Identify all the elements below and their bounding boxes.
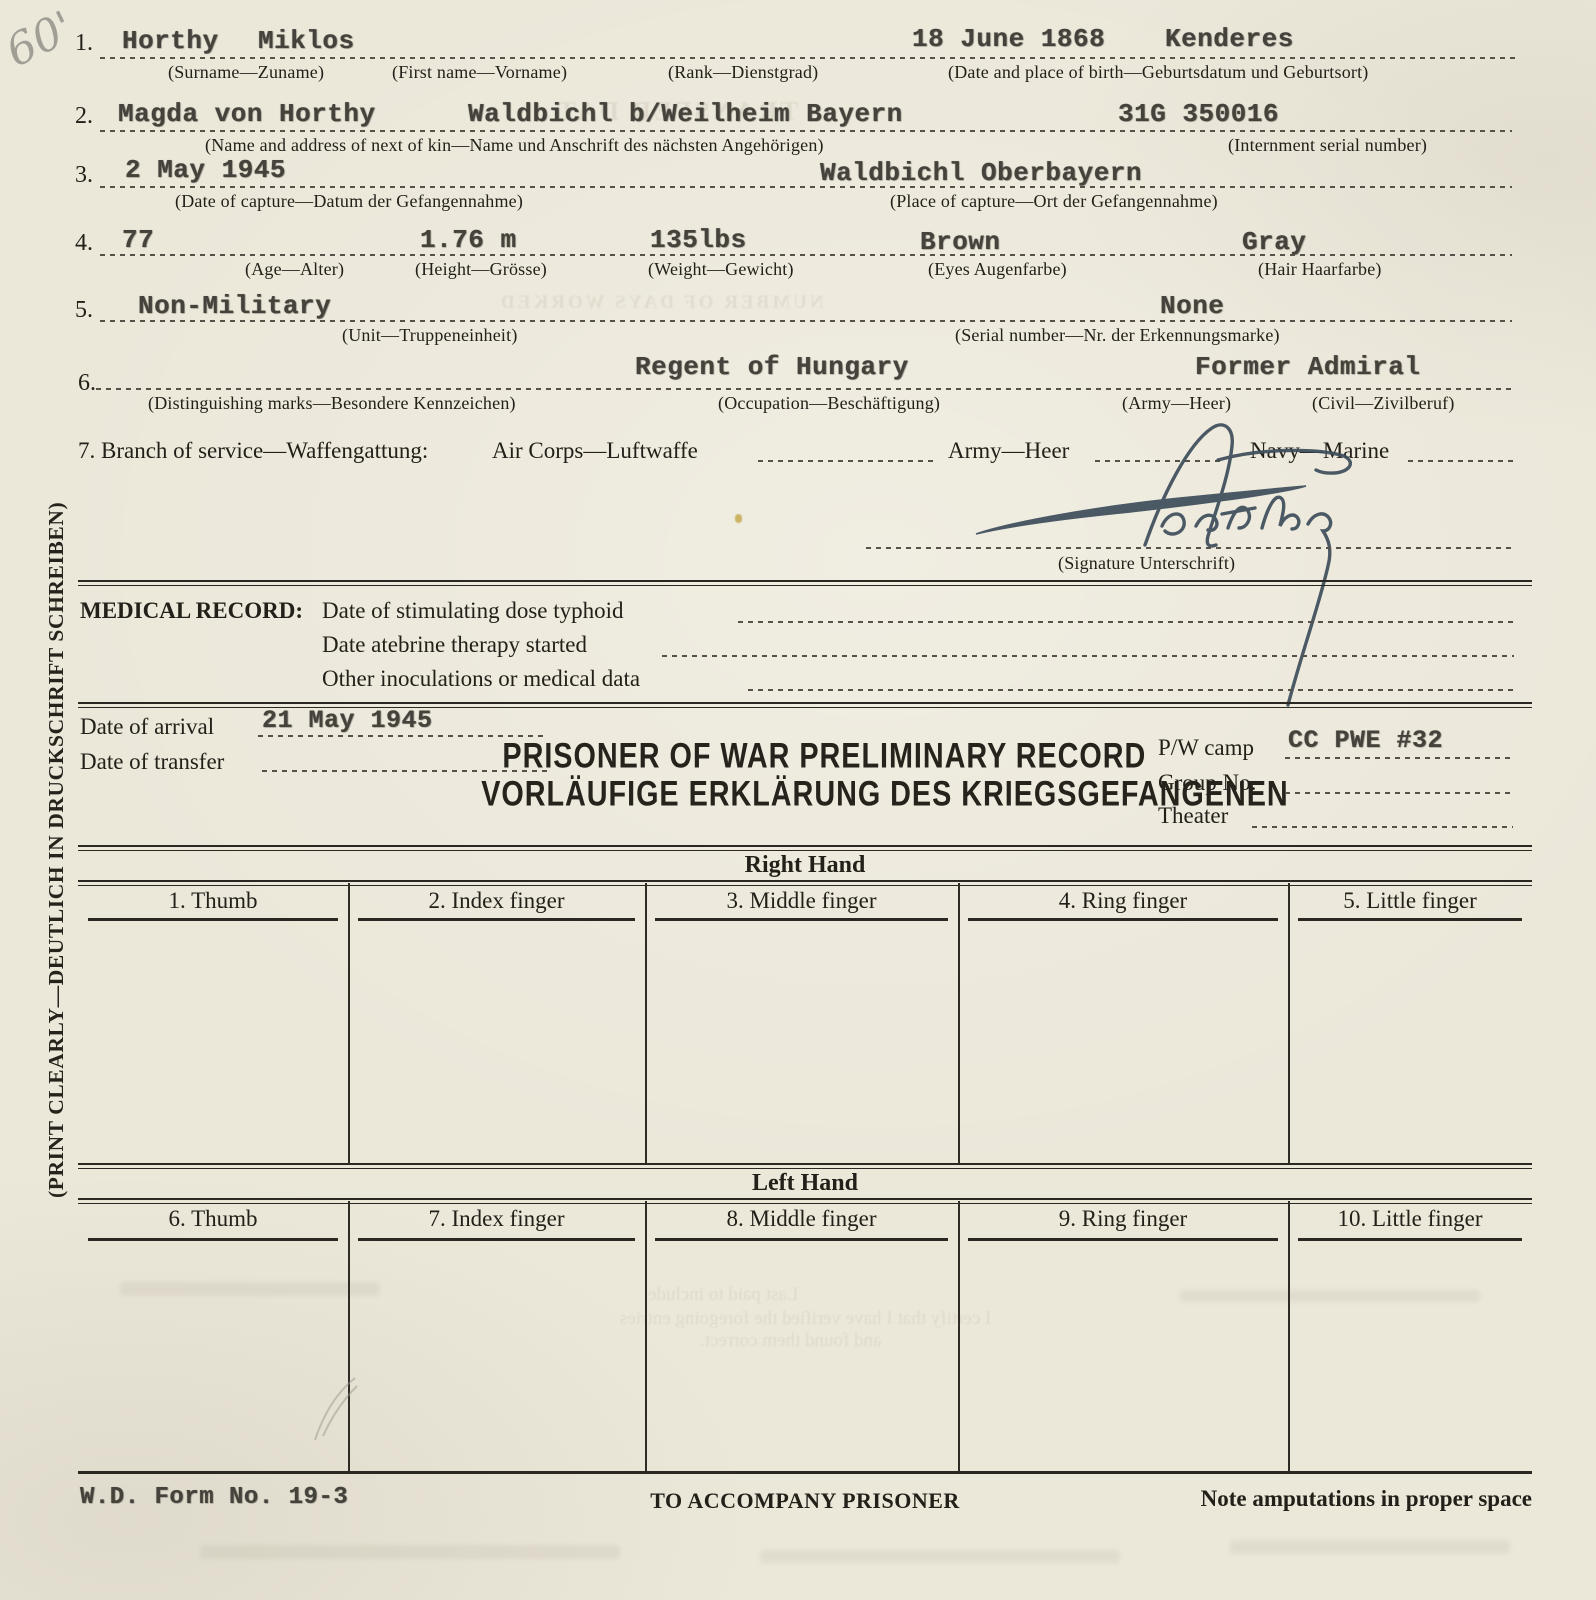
group-no-label: Group No. [1158, 770, 1256, 796]
col-underline [655, 1238, 948, 1241]
army-label: (Army—Heer) [1122, 393, 1231, 414]
branch-air-corps-label: Air Corps—Luftwaffe [492, 438, 698, 464]
col-divider [645, 1201, 647, 1471]
form-title-english: PRISONER OF WAR PRELIMINARY RECORD [502, 737, 1097, 777]
pencil-annotation: 60' [0, 2, 82, 78]
bleedthrough-text: I certify that I have verified the foreg… [620, 1308, 991, 1330]
birth-place-value: Kenderes [1165, 24, 1294, 54]
medical-row-rule [662, 655, 1514, 657]
form-title-german: VORLÄUFIGE ERKLÄRUNG DES KRIEGSGEFANGENE… [481, 775, 1115, 815]
note-amputations: Note amputations in proper space [1148, 1486, 1532, 1512]
eyes-value: Brown [920, 227, 1001, 257]
bleedthrough-smudge [760, 1550, 1120, 1563]
medical-row-rule [738, 621, 1514, 623]
bleedthrough-text: NUMBER OF DAYS WORKED [498, 292, 824, 314]
group-no-rule [1285, 792, 1513, 794]
surname-label: (Surname—Zuname) [168, 62, 324, 83]
theater-label: Theater [1158, 803, 1228, 829]
fingerprint-col-header: 1. Thumb [78, 888, 348, 914]
fingerprint-col-header: 3. Middle finger [645, 888, 958, 914]
id-tag-serial-value: None [1160, 291, 1224, 321]
col-divider [958, 883, 960, 1163]
fingerprint-col-header: 5. Little finger [1288, 888, 1532, 914]
civil-occupation-value: Former Admiral [1195, 352, 1420, 382]
medical-row-label: Other inoculations or medical data [322, 666, 640, 692]
capture-date-label: (Date of capture—Datum der Gefangennahme… [175, 191, 523, 212]
medical-record-heading: MEDICAL RECORD: [80, 598, 303, 624]
line4-rule [100, 254, 1512, 256]
air-corps-rule [758, 460, 936, 462]
pow-record-form: TRANSFER DAT NUMBER OF DAYS WORKED Last … [0, 0, 1596, 1600]
table-rule [78, 880, 1532, 886]
capture-date-value: 2 May 1945 [125, 155, 286, 185]
bleedthrough-smudge [200, 1545, 620, 1559]
unit-value: Non-Military [138, 291, 331, 321]
height-value: 1.76 m [420, 225, 517, 255]
table-rule [78, 1198, 1532, 1204]
next-of-kin-value: Magda von Horthy [118, 99, 376, 129]
line2-rule [100, 130, 1512, 132]
fingerprint-col-header: 7. Index finger [348, 1206, 645, 1232]
col-underline [88, 1238, 338, 1241]
signature-rule [866, 547, 1514, 549]
col-underline [1298, 1238, 1522, 1241]
date-of-arrival-label: Date of arrival [80, 714, 214, 740]
line5-rule [100, 320, 1512, 322]
branch-of-service-label: 7. Branch of service—Waffengattung: [78, 438, 428, 464]
ink-fleck [735, 514, 742, 523]
unit-label: (Unit—Truppeneinheit) [342, 325, 518, 346]
bleedthrough-smudge [1230, 1540, 1510, 1554]
line1-number: 1. [75, 30, 93, 57]
date-of-transfer-label: Date of transfer [80, 749, 224, 775]
birth-date-value: 18 June 1868 [912, 24, 1105, 54]
line5-number: 5. [75, 297, 93, 324]
fingerprint-col-header: 8. Middle finger [645, 1206, 958, 1232]
theater-rule [1252, 826, 1513, 828]
civil-label: (Civil—Zivilberuf) [1312, 393, 1455, 414]
bleedthrough-smudge [1180, 1290, 1480, 1302]
pw-camp-label: P/W camp [1158, 735, 1254, 761]
medical-row-label: Date atebrine therapy started [322, 632, 587, 658]
line1-rule [100, 57, 1518, 59]
table-rule [78, 1163, 1532, 1169]
table-rule [78, 845, 1532, 851]
occupation-value: Regent of Hungary [635, 352, 909, 382]
fingerprint-col-header: 10. Little finger [1288, 1206, 1532, 1232]
first-name-label: (First name—Vorname) [392, 62, 567, 83]
col-underline [1298, 918, 1522, 921]
line6-number: 6. [78, 370, 96, 397]
col-underline [968, 918, 1278, 921]
navy-rule [1408, 460, 1514, 462]
col-underline [358, 1238, 635, 1241]
age-label: (Age—Alter) [245, 259, 344, 280]
id-tag-serial-label: (Serial number—Nr. der Erkennungsmarke) [955, 325, 1280, 346]
kin-address-value: Waldbichl b/Weilheim Bayern [468, 99, 903, 129]
rank-label: (Rank—Dienstgrad) [668, 62, 818, 83]
section-rule [78, 580, 1532, 586]
pw-camp-rule [1285, 757, 1513, 759]
col-underline [655, 918, 948, 921]
eyes-label: (Eyes Augenfarbe) [928, 259, 1067, 280]
margin-print-clearly-note: (PRINT CLEARLY—DEUTLICH IN DRUCKSCHRIFT … [44, 366, 69, 1198]
capture-place-value: Waldbichl Oberbayern [820, 158, 1142, 188]
internment-serial-label: (Internment serial number) [1228, 135, 1427, 156]
col-divider [645, 883, 647, 1163]
date-of-arrival-value: 21 May 1945 [262, 706, 433, 735]
line4-number: 4. [75, 230, 93, 257]
pw-camp-value: CC PWE #32 [1288, 726, 1443, 755]
signature-label: (Signature Unterschrift) [1058, 553, 1235, 574]
weight-label: (Weight—Gewicht) [648, 259, 794, 280]
col-divider [958, 1201, 960, 1471]
distinguishing-marks-label: (Distinguishing marks—Besondere Kennzeic… [148, 393, 516, 414]
col-divider [1288, 883, 1290, 1163]
occupation-label: (Occupation—Beschäftigung) [718, 393, 940, 414]
col-divider [348, 883, 350, 1163]
surname-value: Horthy [122, 26, 219, 56]
first-name-value: Miklos [258, 26, 355, 56]
fingerprint-col-header: 9. Ring finger [958, 1206, 1288, 1232]
line3-number: 3. [75, 162, 93, 189]
line3-rule [100, 186, 1512, 188]
hair-value: Gray [1242, 227, 1306, 257]
fingerprint-col-header: 6. Thumb [78, 1206, 348, 1232]
internment-serial-value: 31G 350016 [1118, 99, 1279, 129]
fingerprint-col-header: 2. Index finger [348, 888, 645, 914]
hair-label: (Hair Haarfarbe) [1258, 259, 1382, 280]
next-of-kin-label: (Name and address of next of kin—Name un… [205, 135, 824, 156]
col-divider [1288, 1201, 1290, 1471]
left-hand-title: Left Hand [78, 1170, 1532, 1197]
bleedthrough-text: and found them correct. [700, 1330, 881, 1352]
fingerprint-col-header: 4. Ring finger [958, 888, 1288, 914]
medical-row-label: Date of stimulating dose typhoid [322, 598, 624, 624]
pencil-scribble [295, 1370, 375, 1450]
line6-rule [96, 388, 1516, 390]
bleedthrough-smudge [120, 1282, 380, 1296]
right-hand-title: Right Hand [78, 852, 1532, 879]
capture-place-label: (Place of capture—Ort der Gefangennahme) [890, 191, 1218, 212]
col-underline [358, 918, 635, 921]
medical-row-rule [748, 689, 1514, 691]
age-value: 77 [122, 225, 154, 255]
table-bottom-rule [78, 1471, 1532, 1474]
birth-label: (Date and place of birth—Geburtsdatum un… [948, 62, 1368, 83]
line2-number: 2. [75, 103, 93, 130]
height-label: (Height—Grösse) [415, 259, 547, 280]
weight-value: 135lbs [650, 225, 747, 255]
bleedthrough-text: Last paid to include [648, 1284, 798, 1306]
col-underline [968, 1238, 1278, 1241]
col-underline [88, 918, 338, 921]
